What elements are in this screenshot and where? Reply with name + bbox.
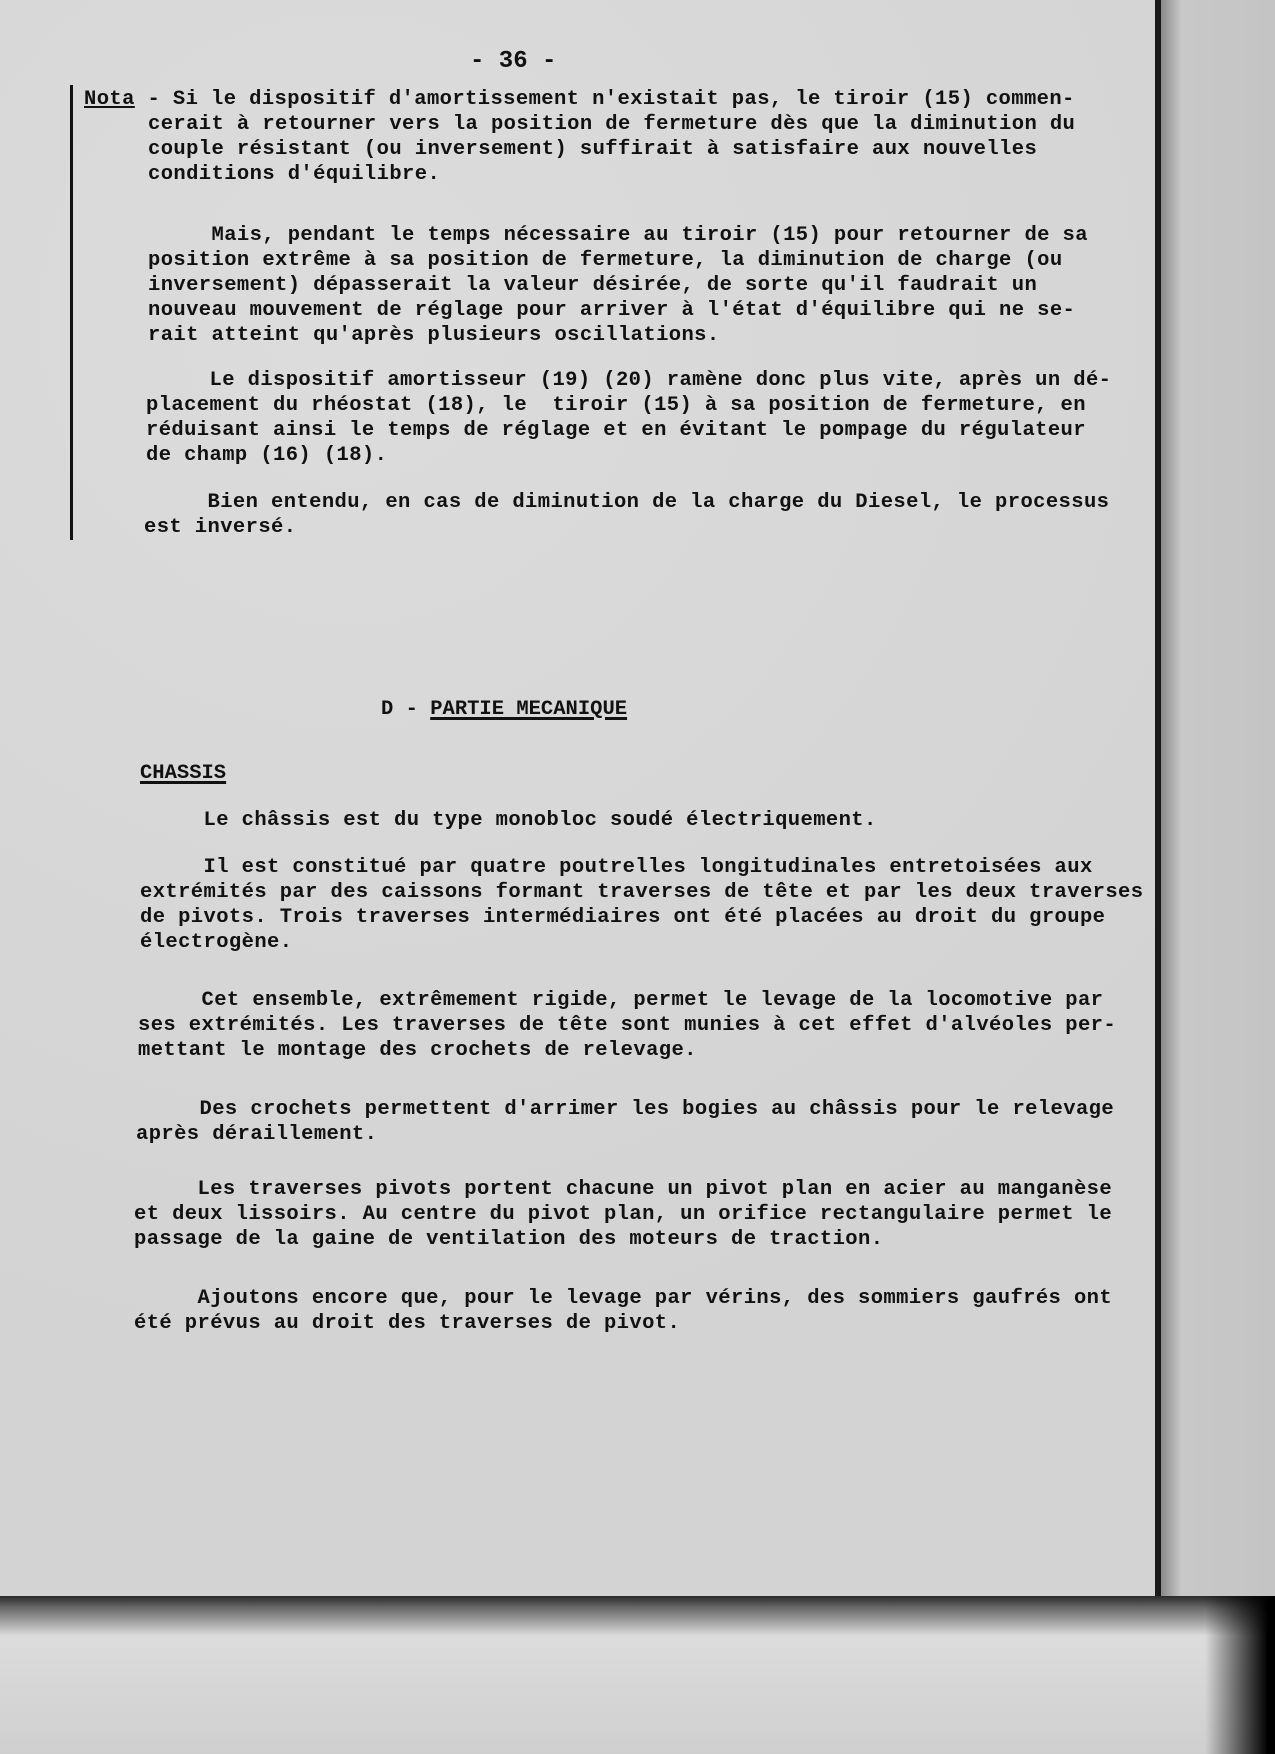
text-line: conditions d'équilibre.: [148, 162, 1075, 187]
text-line: extrémités par des caissons formant trav…: [140, 880, 1143, 905]
text-line: réduisant ainsi le temps de réglage et e…: [146, 418, 1111, 443]
text-line: rait atteint qu'après plusieurs oscillat…: [148, 323, 1088, 348]
text-line: Cet ensemble, extrêmement rigide, permet…: [138, 988, 1116, 1013]
paragraph-ensemble: Cet ensemble, extrêmement rigide, permet…: [138, 988, 1116, 1063]
paragraph-dispositif: Le dispositif amortisseur (19) (20) ramè…: [146, 368, 1111, 468]
paragraph-constitution: Il est constitué par quatre poutrelles l…: [140, 855, 1143, 955]
paragraph-chassis-type: Le châssis est du type monobloc soudé él…: [140, 808, 877, 833]
text-line: inversement) dépasserait la valeur désir…: [148, 273, 1088, 298]
text-line: placement du rhéostat (18), le tiroir (1…: [146, 393, 1111, 418]
text-line: couple résistant (ou inversement) suffir…: [148, 137, 1075, 162]
nota-paragraph: Nota - Si le dispositif d'amortissement …: [84, 87, 1075, 112]
text-line: Le châssis est du type monobloc soudé él…: [140, 808, 877, 833]
margin-rule: [70, 85, 73, 540]
text-line: de pivots. Trois traverses intermédiaire…: [140, 905, 1143, 930]
text-line: - Si le dispositif d'amortissement n'exi…: [135, 88, 1075, 111]
nota-label: Nota: [84, 88, 135, 111]
text-line: nouveau mouvement de réglage pour arrive…: [148, 298, 1088, 323]
paragraph-pivots: Les traverses pivots portent chacune un …: [134, 1177, 1112, 1252]
text-line: Des crochets permettent d'arrimer les bo…: [136, 1097, 1114, 1122]
paragraph-verins: Ajoutons encore que, pour le levage par …: [134, 1286, 1112, 1336]
scanner-bottom-margin: [0, 1596, 1275, 1754]
text-line: été prévus au droit des traverses de piv…: [134, 1311, 1112, 1336]
page-number: - 36 -: [470, 48, 556, 75]
paragraph-bien-entendu: Bien entendu, en cas de diminution de la…: [144, 490, 1109, 540]
text-line: Il est constitué par quatre poutrelles l…: [140, 855, 1143, 880]
text-line: Ajoutons encore que, pour le levage par …: [134, 1286, 1112, 1311]
text-line: Mais, pendant le temps nécessaire au tir…: [148, 223, 1088, 248]
section-title: PARTIE MECANIQUE: [430, 698, 627, 721]
text-line: mettant le montage des crochets de relev…: [138, 1038, 1116, 1063]
paragraph-mais: Mais, pendant le temps nécessaire au tir…: [148, 223, 1088, 348]
text-line: ses extrémités. Les traverses de tête so…: [138, 1013, 1116, 1038]
text-line: Les traverses pivots portent chacune un …: [134, 1177, 1112, 1202]
section-heading: D - PARTIE MECANIQUE: [381, 698, 627, 721]
text-line: après déraillement.: [136, 1122, 1114, 1147]
text-line: passage de la gaine de ventilation des m…: [134, 1227, 1112, 1252]
text-line: cerait à retourner vers la position de f…: [148, 112, 1075, 137]
subsection-heading: CHASSIS: [140, 762, 226, 785]
section-prefix: D -: [381, 698, 430, 721]
text-line: Bien entendu, en cas de diminution de la…: [144, 490, 1109, 515]
text-line: position extrême à sa position de fermet…: [148, 248, 1088, 273]
paragraph-crochets: Des crochets permettent d'arrimer les bo…: [136, 1097, 1114, 1147]
nota-continuation: cerait à retourner vers la position de f…: [148, 112, 1075, 187]
text-line: électrogène.: [140, 930, 1143, 955]
text-line: Le dispositif amortisseur (19) (20) ramè…: [146, 368, 1111, 393]
text-line: est inversé.: [144, 515, 1109, 540]
adjacent-page-edge: [1161, 0, 1275, 1596]
text-line: de champ (16) (18).: [146, 443, 1111, 468]
text-line: et deux lissoirs. Au centre du pivot pla…: [134, 1202, 1112, 1227]
